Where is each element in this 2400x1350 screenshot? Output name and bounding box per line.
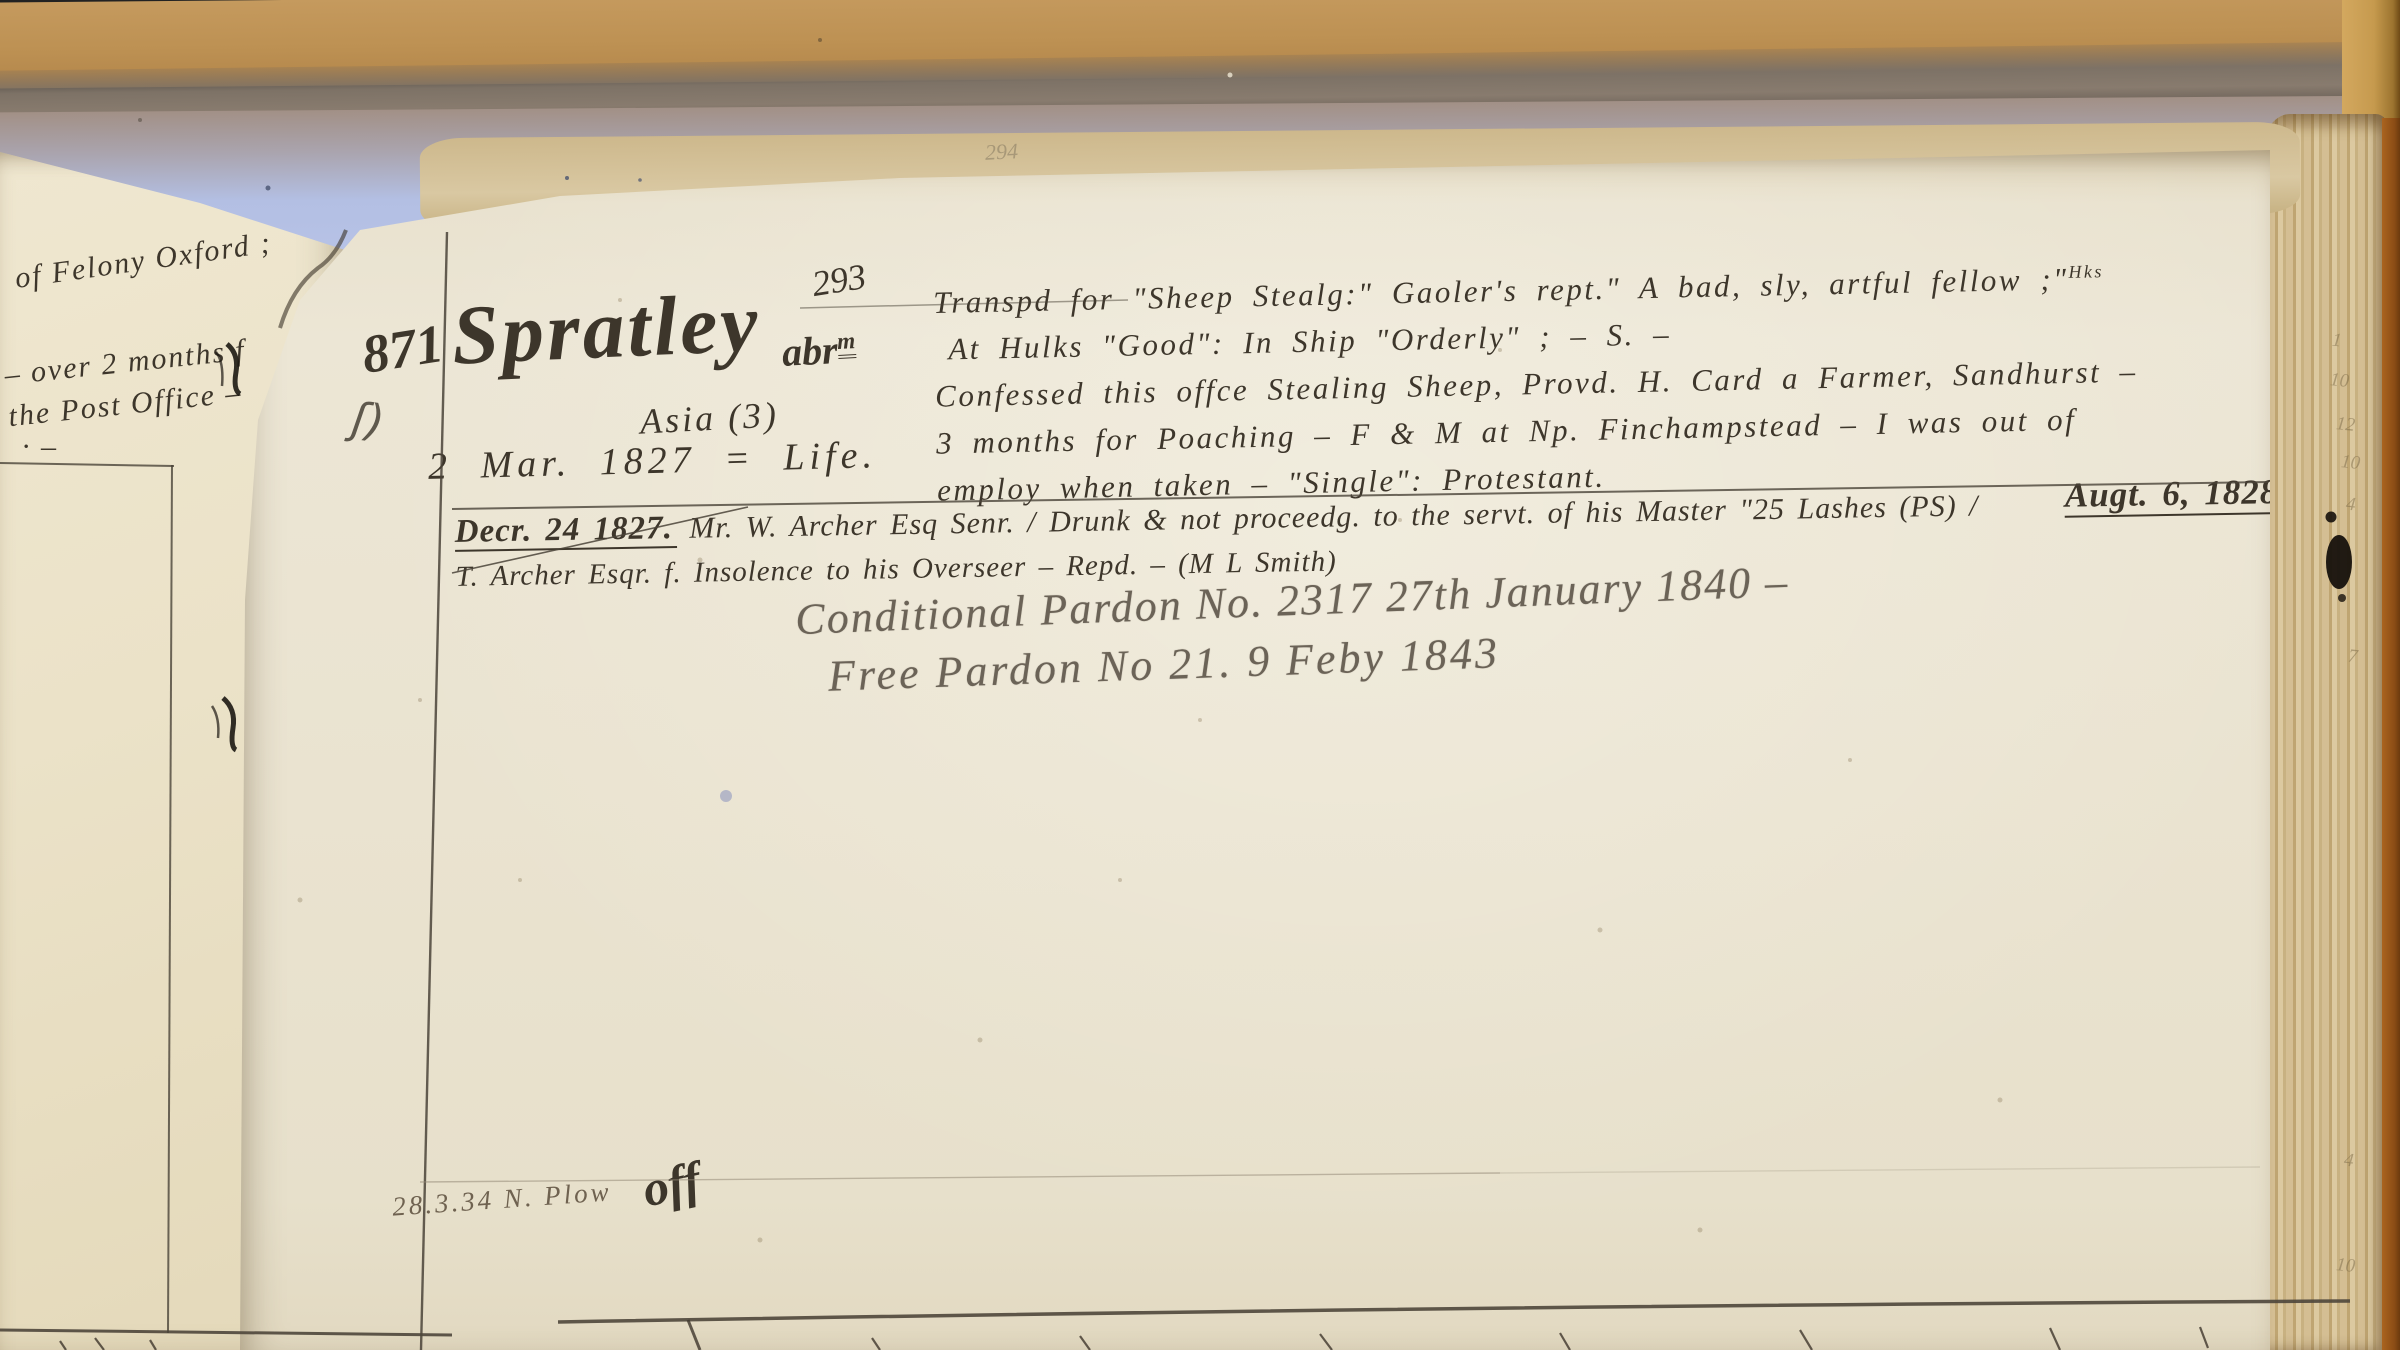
entry-police-number: 871 xyxy=(358,312,448,386)
page-edge-number: 10 xyxy=(2340,451,2361,475)
register-page: 871 ʃ) 293 Spratley abrm Asia (3) 2 Mar.… xyxy=(235,148,2270,1350)
convict-forename-abbreviation: abrm xyxy=(781,326,857,376)
trial-date-and-sentence: 2 Mar. 1827 = Life. xyxy=(428,434,878,489)
register-photograph: of Felony Oxford ; – over 2 months f the… xyxy=(0,0,2400,1350)
page-edge-number: 4 xyxy=(2343,1150,2355,1173)
page-edge-number: 10 xyxy=(2335,1254,2356,1278)
forename-base: abr xyxy=(781,327,839,375)
gaolers-report-block: Transpd for "Sheep Stealg:" Gaoler's rep… xyxy=(933,243,2338,514)
faint-folio-mark: 294 xyxy=(984,138,1018,166)
forename-superscript: m xyxy=(836,328,856,359)
page-edge-number: 10 xyxy=(2329,369,2350,393)
left-page-line: of Felony Oxford ; xyxy=(13,226,274,296)
page-edge-number: 12 xyxy=(2335,413,2356,437)
muster-note: 28.3.34 N. Plow xyxy=(391,1176,612,1222)
folio-reference-number: 293 xyxy=(809,256,869,305)
convict-surname: Spratley xyxy=(450,275,763,385)
margin-flourish-mark: ʃ) xyxy=(349,394,388,449)
page-edge-number: 7 xyxy=(2347,646,2359,669)
page-edges-stack xyxy=(2260,114,2388,1350)
report-line-superscript: Hks xyxy=(2068,261,2104,282)
left-page-line: · – xyxy=(22,430,58,465)
muster-flourish: off xyxy=(638,1151,706,1219)
offence-date: Decr. 24 1827. xyxy=(454,510,677,552)
ship-name: Asia (3) xyxy=(639,394,780,443)
book-cover-spine xyxy=(2382,118,2400,1350)
page-edge-number: 4 xyxy=(2345,494,2357,517)
punishment-date: Augt. 6, 1828 xyxy=(2064,472,2278,518)
